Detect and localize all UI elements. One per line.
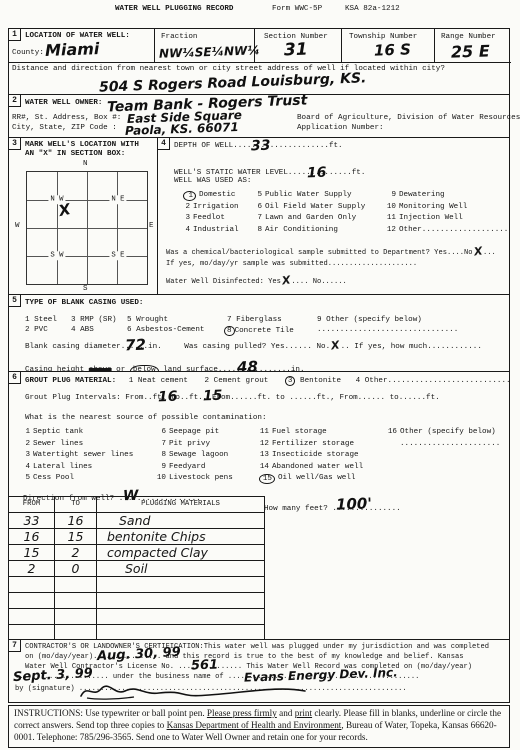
used-option-number: 1 xyxy=(183,191,196,201)
section6-number: 6 xyxy=(9,372,21,384)
section5-title: TYPE OF BLANK CASING USED: xyxy=(25,299,143,309)
used-option-label: Dewatering xyxy=(399,191,445,201)
instructions-print: print xyxy=(295,708,312,718)
section4-number: 4 xyxy=(158,138,170,150)
section7-number: 7 xyxy=(9,640,21,652)
section-box-grid: N W N E S W S E X xyxy=(26,171,148,285)
section5-number: 5 xyxy=(9,295,21,307)
county-label: County: xyxy=(12,49,44,59)
used-option-number: 7 xyxy=(255,214,262,224)
used-option-number: 6 xyxy=(255,203,262,213)
static-water-level-label: WELL'S STATIC WATER LEVEL..............f… xyxy=(174,169,365,177)
sample-question-dots: ... xyxy=(483,249,496,257)
quadrant-sw-label: S W xyxy=(48,251,65,260)
well-used-as-label: WELL WAS USED AS: xyxy=(174,177,251,187)
divider xyxy=(341,29,342,62)
sample-submitted-question: Was a chemical/bacteriological sample su… xyxy=(166,249,473,257)
how-many-feet-value: 100' xyxy=(336,496,372,512)
casing-option: 5 Wrought xyxy=(127,316,168,326)
used-option-label: Other................... xyxy=(399,226,508,236)
instructions-text: INSTRUCTIONS: Use typewriter or ball poi… xyxy=(14,708,207,718)
quadrant-se-label: S E xyxy=(109,251,126,260)
section3-title-line2: AN "X" IN SECTION BOX: xyxy=(25,150,125,160)
used-option-label: Industrial xyxy=(193,226,239,236)
how-many-feet-label: How many feet? .. xyxy=(264,505,341,513)
compass-north-label: N xyxy=(83,160,88,170)
quadrant-ne-label: N E xyxy=(109,195,126,204)
grout-option: 1 Neat cement xyxy=(129,377,188,385)
city-state-zip-label: City, State, ZIP Code : xyxy=(12,124,117,134)
compass-east-label: E xyxy=(149,222,154,232)
if-yes-sample-date-label: If yes, mo/day/yr sample was submitted..… xyxy=(166,260,417,269)
signature-scribble xyxy=(79,682,309,700)
application-number-label: Application Number: xyxy=(297,124,384,134)
section1-number: 1 xyxy=(9,29,21,41)
instructions-box: INSTRUCTIONS: Use typewriter or ball poi… xyxy=(8,705,510,748)
used-option-label: Lawn and Garden Only xyxy=(265,214,356,224)
used-option-label: Air Conditioning xyxy=(265,226,338,236)
contamination-column3: 11Fuel storage 12Fertilizer storage 13In… xyxy=(259,428,363,486)
section5-blank-casing: 5 TYPE OF BLANK CASING USED: 1 Steel 3 R… xyxy=(8,294,510,372)
disinfected-question-dots: .... No...... xyxy=(291,278,346,286)
grout-intervals-label: Grout Plug Intervals: From. xyxy=(25,394,148,402)
casing-other-dots: ............................... xyxy=(317,326,458,336)
static-water-level-value: 16 xyxy=(307,166,327,181)
grid-line xyxy=(117,172,118,284)
table-row: 152compacted Clay xyxy=(9,545,265,561)
used-option-number: 5 xyxy=(255,191,262,201)
casing-pulled-question: Was casing pulled? Yes...... No.X.. If y… xyxy=(184,343,482,351)
casing-option: 6 Asbestos-Cement xyxy=(127,326,204,336)
casing-option: 2 PVC xyxy=(25,326,48,336)
grout-material-label: GROUT PLUG MATERIAL: xyxy=(25,377,116,385)
used-option-label: Irrigation xyxy=(193,203,239,213)
divider xyxy=(434,29,435,62)
section1-location: 1 LOCATION OF WATER WELL: County: Miami … xyxy=(8,28,510,95)
well-location-x-mark: X xyxy=(58,202,72,219)
instructions-press-firmly: Please press firmly xyxy=(207,708,277,718)
county-value: Miami xyxy=(45,41,100,59)
certification-line2: on (mo/day/year)................ and thi… xyxy=(25,653,463,662)
used-option-number: 10 xyxy=(386,203,396,213)
range-number-value: 25 E xyxy=(451,43,490,60)
table-row: 20Soil xyxy=(9,561,265,577)
divider xyxy=(9,62,511,63)
casing-diameter-label: Blank casing diameter.... xyxy=(25,343,139,351)
section-number-value: 31 xyxy=(284,42,308,60)
used-option-number: 12 xyxy=(386,226,396,236)
grout-interval-from-value: 16 xyxy=(158,390,178,405)
plugging-materials-table: FROM TO PLUGGING MATERIALS 3316Sand 1615… xyxy=(8,496,265,641)
used-as-column3: 9Dewatering 10Monitoring Well 11Injectio… xyxy=(386,191,508,237)
used-option-number: 2 xyxy=(183,203,190,213)
fraction-value: NW¼SE¼NW¼ xyxy=(159,44,260,60)
instructions-text: and xyxy=(277,708,295,718)
grid-line xyxy=(57,172,58,284)
certification-line1: CONTRACTOR'S OR LANDOWNER'S CERTIFICATIO… xyxy=(25,643,489,652)
address-label: RR#, St. Address, Box #: xyxy=(12,114,121,124)
city-state-zip-value: Paola, KS. 66071 xyxy=(125,121,239,137)
water-well-plugging-record-form: WATER WELL PLUGGING RECORD Form WWC-5P K… xyxy=(0,0,520,750)
table-header-from: FROM xyxy=(9,497,55,513)
used-option-number: 9 xyxy=(386,191,396,201)
disinfected-question: Water Well Disinfected: Yes xyxy=(166,278,281,286)
section3-number: 3 xyxy=(9,138,21,150)
section6-grout-plug: 6 GROUT PLUG MATERIAL: 1 Neat cement 2 C… xyxy=(8,371,510,640)
section3-location-grid: 3 MARK WELL'S LOCATION WITH AN "X" IN SE… xyxy=(8,137,158,295)
casing-option-selected: 8Concrete Tile xyxy=(224,326,294,337)
section4-well-details: 4 DEPTH OF WELL.....................ft. … xyxy=(157,137,510,295)
table-row: 3316Sand xyxy=(9,513,265,529)
owner-label: WATER WELL OWNER: xyxy=(25,99,102,109)
depth-of-well-value: 33 xyxy=(251,139,271,154)
used-option-number: 11 xyxy=(386,214,396,224)
casing-option: 4 ABS xyxy=(71,326,94,336)
form-title: WATER WELL PLUGGING RECORD xyxy=(115,5,233,15)
fraction-label: Fraction xyxy=(161,33,197,43)
contamination-question: What is the nearest source of possible c… xyxy=(25,414,267,424)
casing-option: 7 Fiberglass xyxy=(227,316,282,326)
distance-label: Distance and direction from nearest town… xyxy=(12,65,445,75)
used-option-label: Injection Well xyxy=(399,214,463,224)
casing-option: 3 RMP (SR) xyxy=(71,316,117,326)
compass-west-label: W xyxy=(15,222,20,232)
used-option-number: 4 xyxy=(183,226,190,236)
contamination-column1: 1Septic tank 2Sewer lines 3Watertight se… xyxy=(23,428,133,486)
used-option-label: Domestic xyxy=(199,191,235,201)
form-statute: KSA 82a-1212 xyxy=(345,5,400,15)
used-option-label: Oil Field Water Supply xyxy=(265,203,365,213)
casing-diameter-value: 72 xyxy=(125,338,146,354)
grout-option: 4 Other........................... xyxy=(356,377,511,385)
table-header-materials: PLUGGING MATERIALS xyxy=(97,497,265,513)
table-row: 1615bentonite Chips xyxy=(9,529,265,545)
grout-interval-to-value: 15 xyxy=(203,389,223,404)
table-row xyxy=(9,609,265,625)
used-option-number: 3 xyxy=(183,214,190,224)
sample-no-x-mark: X xyxy=(474,252,482,253)
grid-line xyxy=(87,172,88,284)
used-option-label: Feedlot xyxy=(193,214,225,224)
divider xyxy=(154,29,155,62)
used-option-label: Public Water Supply xyxy=(265,191,352,201)
casing-option: 1 Steel xyxy=(25,316,57,326)
used-option-label: Monitoring Well xyxy=(399,203,467,213)
township-number-value: 16 S xyxy=(374,42,411,58)
instructions-department-name: Kansas Department of Health and Environm… xyxy=(167,720,342,730)
contamination-column2: 6Seepage pit 7Pit privy 8Sewage lagoon 9… xyxy=(156,428,233,486)
table-header-to: TO xyxy=(55,497,97,513)
grout-option: 2 Cement grout xyxy=(205,377,269,385)
used-option-number: 8 xyxy=(255,226,262,236)
disinfected-yes-x-mark: X xyxy=(282,281,290,282)
table-row xyxy=(9,577,265,593)
section2-number: 2 xyxy=(9,95,21,107)
section2-owner: 2 WATER WELL OWNER: Team Bank - Rogers T… xyxy=(8,94,510,138)
grout-intervals-dots2: .ft., From......ft. to ......ft., From..… xyxy=(185,394,440,402)
grout-option-selected: 3 Bentonite xyxy=(285,377,341,385)
table-row xyxy=(9,593,265,609)
contamination-column4: 16Other (specify below) ................… xyxy=(387,428,500,451)
license-number-value: 561 xyxy=(191,659,219,673)
contamination-option-selected: 15Oil well/Gas well xyxy=(259,474,363,486)
used-as-column1: 1Domestic 2Irrigation 3Feedlot 4Industri… xyxy=(183,191,239,237)
form-number: Form WWC-5P xyxy=(272,5,322,15)
agency-name: Board of Agriculture, Division of Water … xyxy=(297,114,520,124)
casing-option: 9 Other (specify below) xyxy=(317,316,422,326)
casing-pulled-no-x-mark: X xyxy=(331,345,339,346)
section7-certification: 7 CONTRACTOR'S OR LANDOWNER'S CERTIFICAT… xyxy=(8,639,510,703)
used-as-column2: 5Public Water Supply 6Oil Field Water Su… xyxy=(255,191,365,237)
